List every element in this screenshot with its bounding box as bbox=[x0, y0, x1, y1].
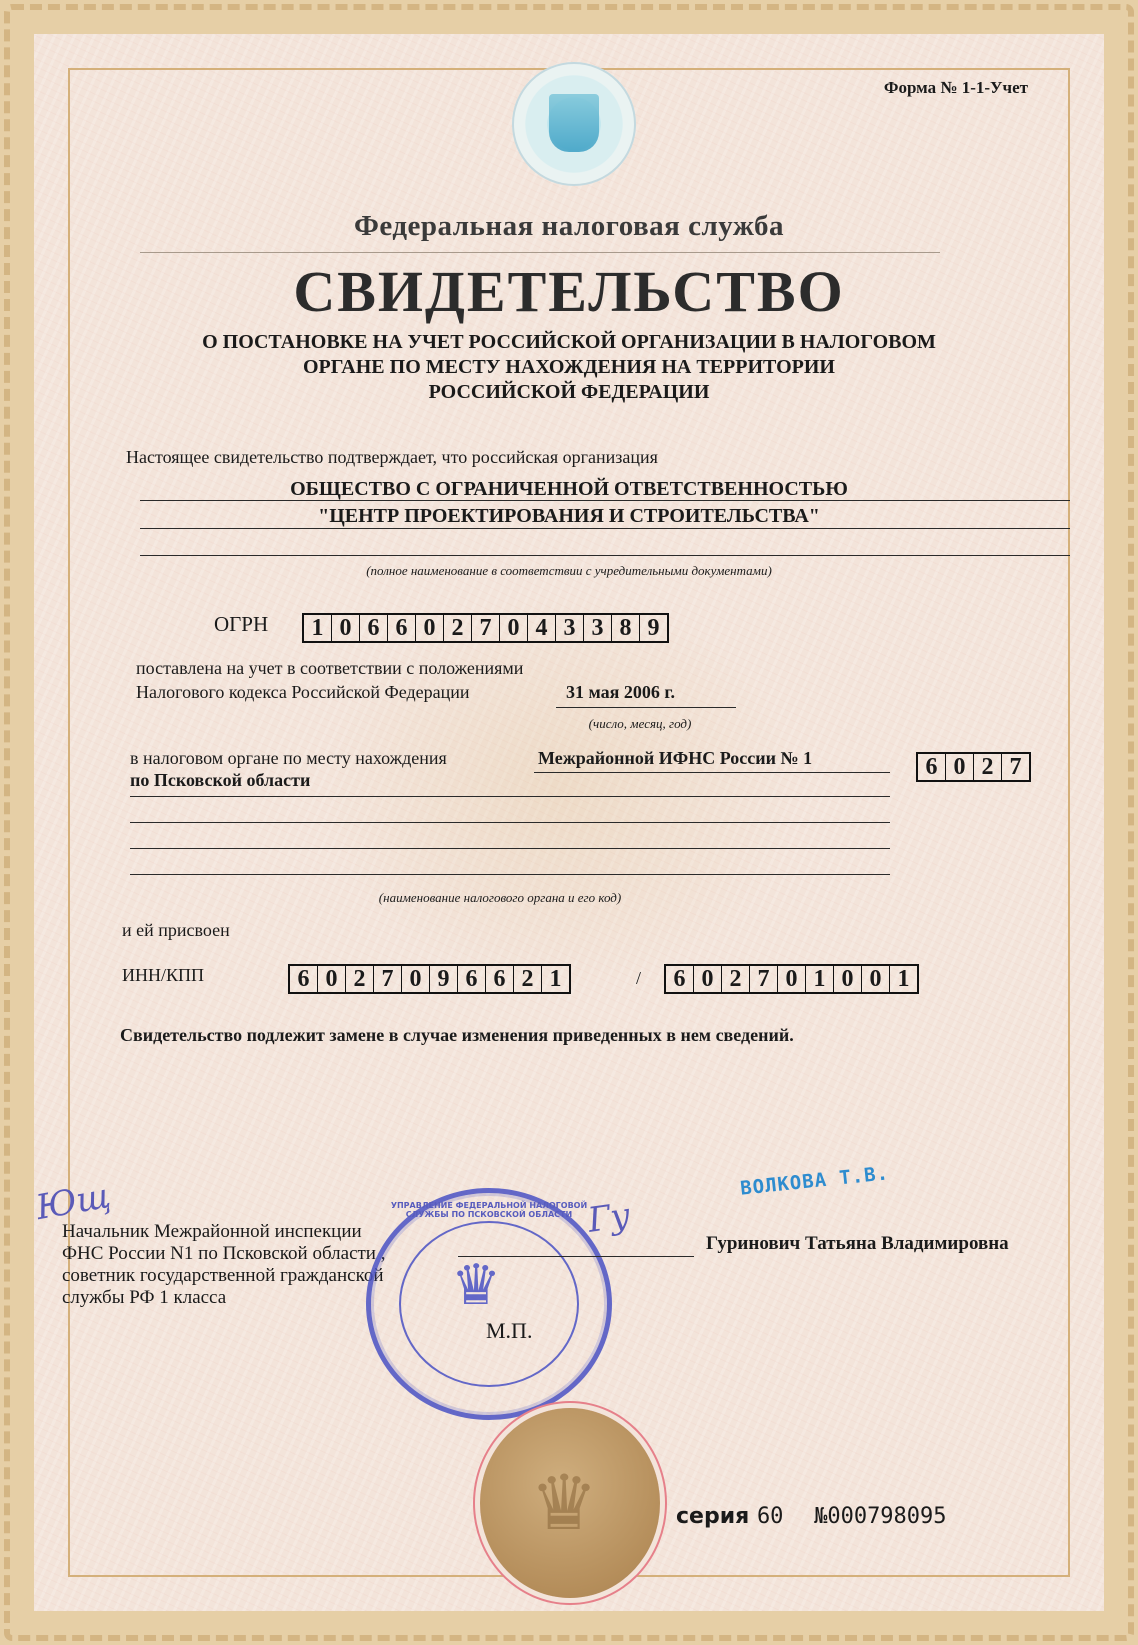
digit-cell: 0 bbox=[834, 966, 862, 992]
digit-cell: 2 bbox=[974, 754, 1002, 780]
eagle-watermark bbox=[320, 590, 800, 990]
registration-line-1: поставлена на учет в соответствии с поло… bbox=[136, 658, 523, 679]
gold-embossed-seal: ♛ bbox=[480, 1408, 660, 1598]
series-label: серия bbox=[676, 1504, 749, 1529]
double-headed-eagle-icon: ♛ bbox=[530, 1458, 598, 1548]
digit-cell: 0 bbox=[694, 966, 722, 992]
underline bbox=[130, 822, 890, 823]
underline bbox=[140, 555, 1070, 556]
registration-line-2: Налогового кодекса Российской Федерации bbox=[136, 682, 470, 703]
date-caption: (число, месяц, год) bbox=[540, 716, 740, 732]
digit-cell: 7 bbox=[750, 966, 778, 992]
registration-date: 31 мая 2006 г. bbox=[566, 682, 675, 703]
ogrn-value: 1066027043389 bbox=[302, 613, 669, 643]
signatory-name: Гуринович Татьяна Владимировна bbox=[706, 1233, 1009, 1255]
underline bbox=[130, 874, 890, 875]
inn-value: 6027096621 bbox=[288, 964, 571, 994]
subtitle-line-2: ОРГАНЕ ПО МЕСТУ НАХОЖДЕНИЯ НА ТЕРРИТОРИИ bbox=[0, 355, 1138, 380]
digit-cell: 0 bbox=[416, 615, 444, 641]
digit-cell: 1 bbox=[304, 615, 332, 641]
stamp-place-label: М.П. bbox=[486, 1318, 532, 1344]
seal-text: УПРАВЛЕНИЕ ФЕДЕРАЛЬНОЙ НАЛОГОВОЙ СЛУЖБЫ … bbox=[371, 1201, 607, 1219]
double-headed-eagle-icon: ♛ bbox=[451, 1253, 501, 1318]
underline bbox=[556, 707, 736, 708]
digit-cell: 2 bbox=[346, 966, 374, 992]
document-title: СВИДЕТЕЛЬСТВО bbox=[0, 258, 1138, 325]
digit-cell: 0 bbox=[500, 615, 528, 641]
tax-authority-prefix: в налоговом органе по месту нахождения bbox=[130, 748, 447, 769]
digit-cell: 9 bbox=[430, 966, 458, 992]
digit-cell: 0 bbox=[318, 966, 346, 992]
digit-cell: 8 bbox=[612, 615, 640, 641]
intro-text: Настоящее свидетельство подтверждает, чт… bbox=[126, 447, 658, 468]
digit-cell: 3 bbox=[584, 615, 612, 641]
series-number: серия 60 №000798095 bbox=[676, 1504, 947, 1529]
organization-caption: (полное наименование в соответствии с уч… bbox=[0, 563, 1138, 579]
certificate-number: 000798095 bbox=[827, 1504, 946, 1529]
inn-kpp-separator: / bbox=[636, 968, 641, 989]
document-subtitle: О ПОСТАНОВКЕ НА УЧЕТ РОССИЙСКОЙ ОРГАНИЗА… bbox=[0, 330, 1138, 405]
organization-name-line-1: ОБЩЕСТВО С ОГРАНИЧЕННОЙ ОТВЕТСТВЕННОСТЬЮ bbox=[0, 478, 1138, 501]
underline bbox=[534, 772, 890, 773]
digit-cell: 0 bbox=[332, 615, 360, 641]
digit-cell: 7 bbox=[472, 615, 500, 641]
digit-cell: 6 bbox=[290, 966, 318, 992]
digit-cell: 9 bbox=[640, 615, 667, 641]
coat-of-arms-icon bbox=[549, 94, 599, 152]
underline bbox=[130, 848, 890, 849]
number-label: № bbox=[814, 1504, 827, 1529]
underline bbox=[140, 500, 1070, 501]
underline bbox=[140, 528, 1070, 529]
replacement-notice: Свидетельство подлежит замене в случае и… bbox=[120, 1025, 794, 1046]
ogrn-label: ОГРН bbox=[214, 612, 268, 637]
tax-authority-name-line-1: Межрайонной ИФНС России № 1 bbox=[538, 748, 812, 769]
tax-authority-code: 6027 bbox=[916, 752, 1031, 782]
digit-cell: 1 bbox=[890, 966, 917, 992]
agency-divider bbox=[140, 252, 940, 253]
digit-cell: 6 bbox=[360, 615, 388, 641]
digit-cell: 7 bbox=[374, 966, 402, 992]
subtitle-line-1: О ПОСТАНОВКЕ НА УЧЕТ РОССИЙСКОЙ ОРГАНИЗА… bbox=[0, 330, 1138, 355]
signatory-title-line-3: советник государственной гражданской bbox=[62, 1265, 385, 1287]
digit-cell: 0 bbox=[862, 966, 890, 992]
digit-cell: 0 bbox=[946, 754, 974, 780]
form-number: Форма № 1-1-Учет bbox=[884, 78, 1028, 98]
digit-cell: 6 bbox=[666, 966, 694, 992]
digit-cell: 2 bbox=[514, 966, 542, 992]
digit-cell: 3 bbox=[556, 615, 584, 641]
digit-cell: 0 bbox=[778, 966, 806, 992]
agency-name: Федеральная налоговая служба bbox=[0, 210, 1138, 243]
digit-cell: 0 bbox=[402, 966, 430, 992]
signatory-title-line-2: ФНС России N1 по Псковской области , bbox=[62, 1243, 385, 1265]
digit-cell: 7 bbox=[1002, 754, 1029, 780]
hologram-icon bbox=[512, 62, 636, 186]
digit-cell: 6 bbox=[486, 966, 514, 992]
digit-cell: 6 bbox=[458, 966, 486, 992]
tax-authority-name-line-2: по Псковской области bbox=[130, 770, 310, 791]
subtitle-line-3: РОССИЙСКОЙ ФЕДЕРАЦИИ bbox=[0, 380, 1138, 405]
digit-cell: 2 bbox=[722, 966, 750, 992]
series-value: 60 bbox=[757, 1504, 784, 1529]
signatory-title: Начальник Межрайонной инспекции ФНС Росс… bbox=[62, 1221, 385, 1309]
inn-kpp-label: ИНН/КПП bbox=[122, 965, 204, 986]
signature: Гу bbox=[585, 1195, 632, 1240]
digit-cell: 6 bbox=[918, 754, 946, 780]
assigned-text: и ей присвоен bbox=[122, 920, 230, 941]
digit-cell: 2 bbox=[444, 615, 472, 641]
official-seal-stamp: УПРАВЛЕНИЕ ФЕДЕРАЛЬНОЙ НАЛОГОВОЙ СЛУЖБЫ … bbox=[366, 1188, 612, 1420]
signatory-title-line-1: Начальник Межрайонной инспекции bbox=[62, 1221, 385, 1243]
digit-cell: 4 bbox=[528, 615, 556, 641]
tax-authority-caption: (наименование налогового органа и его ко… bbox=[300, 890, 700, 906]
signature-line bbox=[458, 1256, 694, 1257]
digit-cell: 1 bbox=[806, 966, 834, 992]
kpp-value: 602701001 bbox=[664, 964, 919, 994]
organization-name-line-2: "ЦЕНТР ПРОЕКТИРОВАНИЯ И СТРОИТЕЛЬСТВА" bbox=[0, 505, 1138, 528]
digit-cell: 6 bbox=[388, 615, 416, 641]
digit-cell: 1 bbox=[542, 966, 569, 992]
signatory-title-line-4: службы РФ 1 класса bbox=[62, 1287, 385, 1309]
underline bbox=[130, 796, 890, 797]
